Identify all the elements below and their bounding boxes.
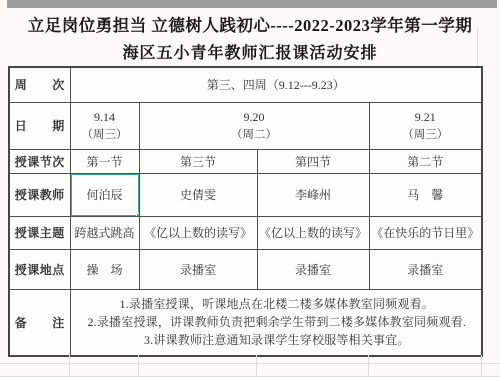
gridline [477,28,478,66]
date-weekday: （周三） [71,126,139,142]
notes-content-cell[interactable]: 1.录播室授课，听课地点在北楼二楼多媒体教室同频观看。 2.录播室授课，讲课教师… [70,289,482,356]
section-row: 授课节次 第一节 第三节 第四节 第二节 [9,149,482,173]
location-cell-2[interactable]: 录播室 [139,249,257,289]
location-row: 授课地点 操 场 录播室 录播室 录播室 [9,249,482,289]
page-title-line2: 海区五小青年教师汇报课活动安排 [0,40,500,63]
section-cell-4[interactable]: 第二节 [369,149,482,173]
location-label-cell[interactable]: 授课地点 [9,249,70,289]
teacher-cell-1-selected[interactable]: 何泊辰 [70,173,139,216]
document-title: 立足岗位勇担当 立德树人践初心----2022-2023学年第一学期 海区五小青… [0,12,500,63]
topic-row: 授课主题 跨越式跳高 《亿以上数的读写》 《亿以上数的读写》 《在快乐的节日里》 [9,216,482,249]
section-cell-2[interactable]: 第三节 [139,149,257,173]
note-line-1: 1.录播室授课，听课地点在北楼二楼多媒体教室同频观看。 [75,295,480,313]
date-cell-1[interactable]: 9.14 （周三） [70,102,139,149]
date-row: 日 期 9.14 （周三） 9.20 （周二） 9.21 （周三） [9,102,482,149]
section-cell-1[interactable]: 第一节 [70,149,139,173]
page-title-line1: 立足岗位勇担当 立德树人践初心----2022-2023学年第一学期 [0,12,500,36]
topic-cell-2[interactable]: 《亿以上数的读写》 [139,216,257,249]
top-gray-bar [7,0,497,8]
teacher-row: 授课教师 何泊辰 史倩雯 李峰州 马 馨 [9,173,482,216]
gridline [481,355,482,377]
location-cell-1[interactable]: 操 场 [70,249,139,289]
notes-row: 备 注 1.录播室授课，听课地点在北楼二楼多媒体教室同频观看。 2.录播室授课，… [9,289,482,356]
topic-cell-4[interactable]: 《在快乐的节日里》 [369,216,482,249]
topic-cell-1[interactable]: 跨越式跳高 [70,216,139,249]
topic-label-cell[interactable]: 授课主题 [9,216,70,249]
teacher-cell-2[interactable]: 史倩雯 [139,173,257,216]
section-cell-3[interactable]: 第四节 [257,149,369,173]
date-cell-2[interactable]: 9.20 （周二） [139,102,369,149]
note-line-2: 2.录播室授课，讲课教师负责把剩余学生带到二楼多媒体教室同频观看. [75,313,480,331]
gridline [256,355,257,377]
teacher-name: 何泊辰 [86,188,122,202]
week-value-cell[interactable]: 第三、四周（9.12---9.23） [70,67,482,102]
date-value: 9.21 [415,110,436,124]
gridline [0,363,500,364]
notes-label-cell[interactable]: 备 注 [9,289,70,356]
gridline [69,355,70,377]
date-cell-3[interactable]: 9.21 （周三） [369,102,482,149]
section-label-cell[interactable]: 授课节次 [9,149,70,173]
gridline [368,355,369,377]
note-line-3: 3.讲课教师注意通知录课学生穿校服等相关事宜。 [75,331,480,349]
location-cell-3[interactable]: 录播室 [257,249,369,289]
date-value: 9.14 [94,110,115,124]
location-cell-4[interactable]: 录播室 [369,249,482,289]
date-value: 9.20 [244,110,265,124]
date-weekday: （周三） [370,126,482,142]
teacher-label-cell[interactable]: 授课教师 [9,173,70,216]
gridline [138,355,139,377]
teacher-cell-3[interactable]: 李峰州 [257,173,369,216]
week-label-cell[interactable]: 周 次 [9,67,70,102]
date-label-cell[interactable]: 日 期 [9,102,70,149]
schedule-table: 周 次 第三、四周（9.12---9.23） 日 期 9.14 （周三） 9.2… [8,66,483,357]
date-weekday: （周二） [140,126,369,142]
fill-handle[interactable] [136,213,140,217]
week-row: 周 次 第三、四周（9.12---9.23） [9,67,482,102]
teacher-cell-4[interactable]: 马 馨 [369,173,482,216]
topic-cell-3[interactable]: 《亿以上数的读写》 [257,216,369,249]
